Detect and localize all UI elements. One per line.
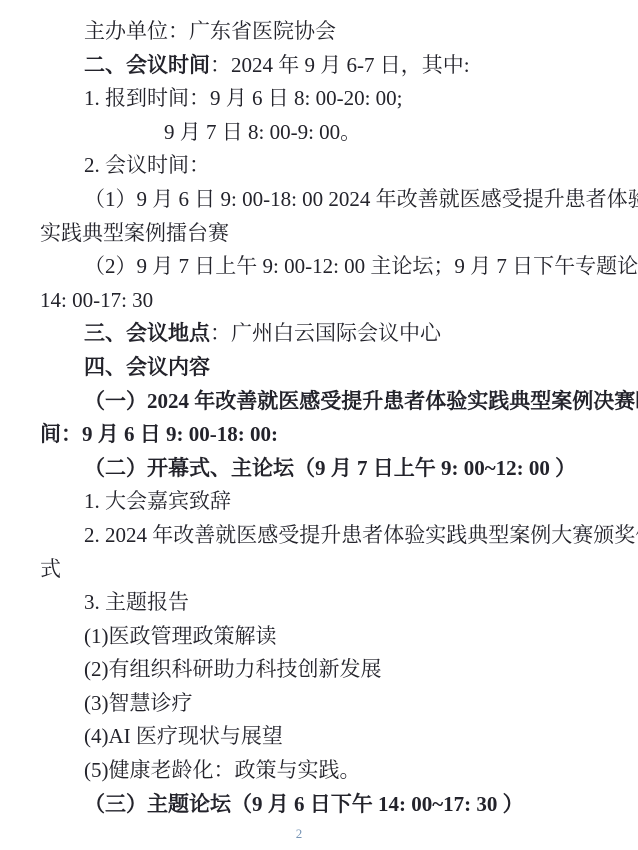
doc-line-9: 14: 00-17: 30: [40, 284, 600, 318]
text-segment: (5)健康老龄化：政策与实践。: [84, 758, 361, 782]
doc-line-2: 二、会议时间：2024 年 9 月 6-7 日，其中:: [40, 49, 600, 83]
text-segment: (2)有组织科研助力科技创新发展: [84, 657, 382, 681]
page-number: 2: [0, 826, 598, 841]
text-segment: 三、会议地点: [84, 322, 210, 345]
doc-line-19: (1)医政管理政策解读: [40, 620, 600, 654]
doc-line-12: （一）2024 年改善就医感受提升患者体验实践典型案例决赛时: [40, 385, 600, 419]
text-segment: 2. 2024 年改善就医感受提升患者体验实践典型案例大赛颁奖仪: [84, 523, 638, 547]
text-segment: (4)AI 医疗现状与展望: [84, 724, 283, 748]
text-segment: （一）2024 年改善就医感受提升患者体验实践典型案例决赛时: [84, 389, 638, 413]
text-segment: 3. 主题报告: [84, 590, 189, 614]
document-page: 主办单位：广东省医院协会二、会议时间：2024 年 9 月 6-7 日，其中:1…: [0, 0, 638, 850]
doc-line-15: 1. 大会嘉宾致辞: [40, 485, 600, 519]
text-segment: 二、会议时间: [84, 54, 210, 77]
document-body: 主办单位：广东省医院协会二、会议时间：2024 年 9 月 6-7 日，其中:1…: [0, 0, 600, 821]
text-segment: 2. 会议时间：: [84, 153, 210, 177]
doc-line-14: （二）开幕式、主论坛（9 月 7 日上午 9: 00~12: 00 ）: [40, 452, 600, 486]
text-segment: (1)医政管理政策解读: [84, 624, 277, 648]
text-segment: 间：9 月 6 日 9: 00-18: 00:: [40, 422, 278, 446]
doc-line-4: 9 月 7 日 8: 00-9: 00。: [40, 116, 600, 150]
text-segment: 实践典型案例擂台赛: [40, 221, 229, 245]
text-segment: （三）主题论坛（9 月 6 日下午 14: 00~17: 30 ）: [84, 792, 524, 816]
text-segment: （二）开幕式、主论坛（9 月 7 日上午 9: 00~12: 00 ）: [84, 456, 576, 480]
doc-line-18: 3. 主题报告: [40, 586, 600, 620]
text-segment: 式: [40, 557, 61, 581]
doc-line-3: 1. 报到时间：9 月 6 日 8: 00-20: 00;: [40, 82, 600, 116]
doc-line-20: (2)有组织科研助力科技创新发展: [40, 653, 600, 687]
text-segment: 主办单位：广东省医院协会: [84, 19, 336, 43]
doc-line-8: （2）9 月 7 日上午 9: 00-12: 00 主论坛；9 月 7 日下午专…: [40, 250, 600, 284]
doc-line-17: 式: [40, 553, 600, 587]
doc-line-22: (4)AI 医疗现状与展望: [40, 720, 600, 754]
doc-line-16: 2. 2024 年改善就医感受提升患者体验实践典型案例大赛颁奖仪: [40, 519, 600, 553]
text-segment: 14: 00-17: 30: [40, 288, 153, 312]
doc-line-21: (3)智慧诊疗: [40, 687, 600, 721]
doc-line-10: 三、会议地点：广州白云国际会议中心: [40, 317, 600, 351]
text-segment: 1. 大会嘉宾致辞: [84, 489, 231, 513]
doc-line-5: 2. 会议时间：: [40, 149, 600, 183]
doc-line-13: 间：9 月 6 日 9: 00-18: 00:: [40, 418, 600, 452]
doc-line-7: 实践典型案例擂台赛: [40, 217, 600, 251]
text-segment: （2）9 月 7 日上午 9: 00-12: 00 主论坛；9 月 7 日下午专…: [84, 254, 638, 278]
text-segment: (3)智慧诊疗: [84, 691, 193, 715]
text-segment: 9 月 7 日 8: 00-9: 00。: [164, 120, 361, 144]
doc-line-6: （1）9 月 6 日 9: 00-18: 00 2024 年改善就医感受提升患者…: [40, 183, 600, 217]
text-segment: ：广州白云国际会议中心: [210, 321, 441, 345]
doc-line-1: 主办单位：广东省医院协会: [40, 15, 600, 49]
text-segment: ：2024 年 9 月 6-7 日，其中:: [210, 53, 470, 77]
text-segment: 1. 报到时间：9 月 6 日 8: 00-20: 00;: [84, 86, 403, 110]
text-segment: 四、会议内容: [84, 356, 210, 379]
doc-line-11: 四、会议内容: [40, 351, 600, 385]
text-segment: （1）9 月 6 日 9: 00-18: 00 2024 年改善就医感受提升患者…: [84, 187, 638, 211]
doc-line-23: (5)健康老龄化：政策与实践。: [40, 754, 600, 788]
doc-line-24: （三）主题论坛（9 月 6 日下午 14: 00~17: 30 ）: [40, 788, 600, 822]
